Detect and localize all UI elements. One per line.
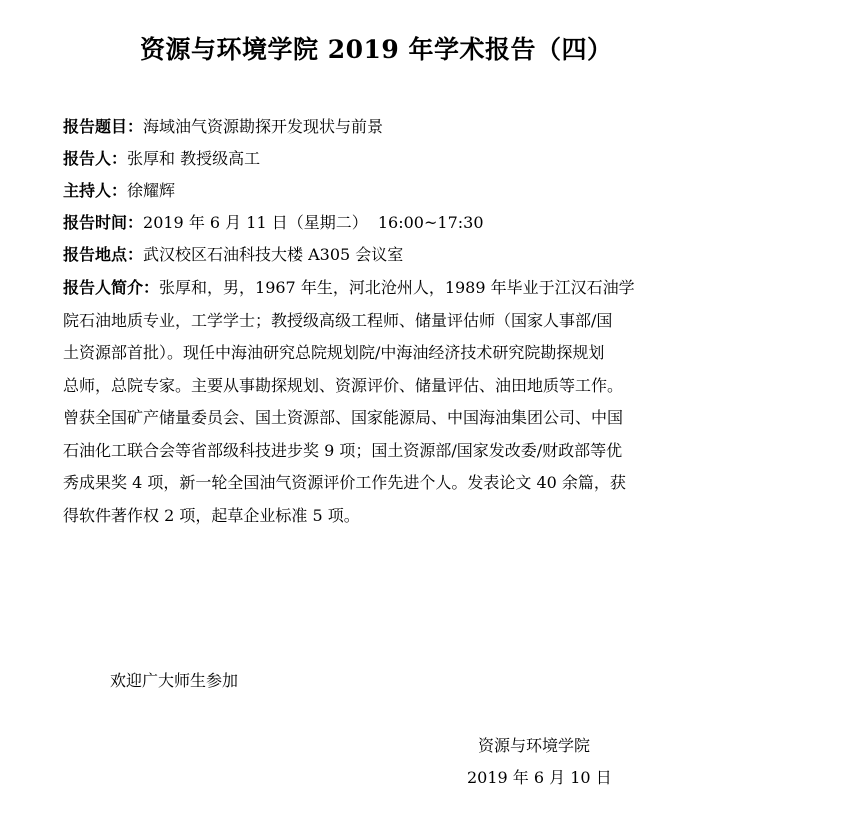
field-time: 报告时间：2019 年 6 月 11 日（星期二） 16:00~17:30	[63, 212, 484, 234]
bio-line: 曾获全国矿产储量委员会、国土资源部、国家能源局、中国海油集团公司、中国	[63, 402, 733, 435]
field-label: 报告地点：	[63, 245, 143, 264]
bio-line: 总师，总院专家。主要从事勘探规划、资源评价、储量评估、油田地质等工作。	[63, 370, 733, 403]
page-title: 资源与环境学院 2019 年学术报告（四）	[140, 30, 613, 66]
field-speaker: 报告人：张厚和 教授级高工	[63, 148, 260, 170]
field-topic: 报告题目：海域油气资源勘探开发现状与前景	[63, 116, 383, 138]
bio-line: 土资源部首批）。现任中海油研究总院规划院/中海油经济技术研究院勘探规划	[63, 337, 733, 370]
field-value: 武汉校区石油科技大楼 A305 会议室	[143, 245, 403, 264]
field-host: 主持人：徐耀辉	[63, 180, 175, 202]
field-label: 主持人：	[63, 181, 127, 200]
field-location: 报告地点：武汉校区石油科技大楼 A305 会议室	[63, 244, 403, 266]
field-label: 报告人：	[63, 149, 127, 168]
field-label: 报告时间：	[63, 213, 143, 232]
field-value: 徐耀辉	[127, 181, 175, 200]
signature-date: 2019 年 6 月 10 日	[467, 765, 612, 788]
signature-org: 资源与环境学院	[478, 733, 590, 756]
field-value: 海域油气资源勘探开发现状与前景	[143, 117, 383, 136]
bio-label: 报告人简介：	[63, 278, 159, 297]
speaker-bio: 报告人简介：张厚和，男，1967 年生，河北沧州人，1989 年毕业于江汉石油学…	[63, 272, 733, 532]
field-label: 报告题目：	[63, 117, 143, 136]
bio-line: 秀成果奖 4 项，新一轮全国油气资源评价工作先进个人。发表论文 40 余篇，获	[63, 467, 733, 500]
bio-line: 得软件著作权 2 项，起草企业标准 5 项。	[63, 500, 733, 533]
bio-line: 报告人简介：张厚和，男，1967 年生，河北沧州人，1989 年毕业于江汉石油学	[63, 272, 733, 305]
welcome-text: 欢迎广大师生参加	[110, 668, 238, 691]
bio-line: 院石油地质专业，工学学士；教授级高级工程师、储量评估师（国家人事部/国	[63, 305, 733, 338]
bio-line: 石油化工联合会等省部级科技进步奖 9 项；国土资源部/国家发改委/财政部等优	[63, 435, 733, 468]
field-value: 张厚和 教授级高工	[127, 149, 260, 168]
field-value: 2019 年 6 月 11 日（星期二） 16:00~17:30	[143, 213, 484, 232]
